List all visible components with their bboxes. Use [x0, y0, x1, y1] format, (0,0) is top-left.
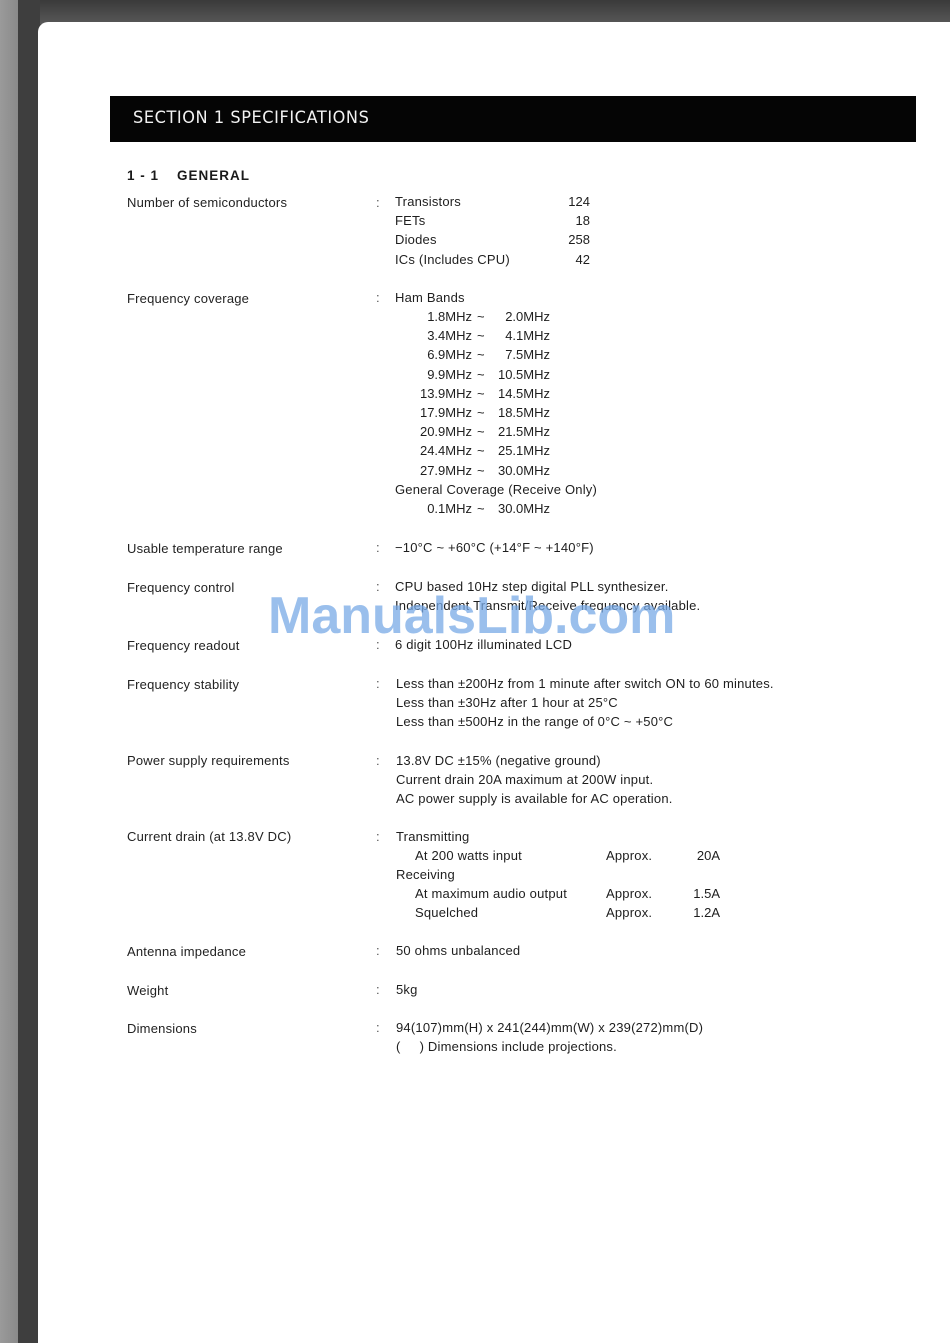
spec-label-frequency-readout: Frequency readout: [127, 638, 240, 653]
frequency-stability-line: Less than ±500Hz in the range of 0°C ~ +…: [396, 714, 673, 729]
subsection-number: 1 - 1: [127, 168, 159, 183]
dimensions-line: 94(107)mm(H) x 241(244)mm(W) x 239(272)m…: [396, 1020, 703, 1035]
colon: :: [376, 195, 380, 210]
receiving-heading: Receiving: [396, 867, 455, 882]
ham-band-to: 30.0MHz: [480, 463, 550, 478]
colon: :: [376, 579, 380, 594]
frequency-control-line: Independent Transmit/Receive frequency a…: [395, 598, 700, 613]
semiconductor-count: 258: [530, 232, 590, 247]
ham-band-to: 21.5MHz: [480, 424, 550, 439]
ham-band-from: 6.9MHz: [382, 347, 472, 362]
spec-label-frequency-coverage: Frequency coverage: [127, 291, 249, 306]
power-supply-line: AC power supply is available for AC oper…: [396, 791, 673, 806]
ham-band-to: 25.1MHz: [480, 443, 550, 458]
weight-value: 5kg: [396, 982, 418, 997]
current-approx: Approx.: [606, 886, 652, 901]
colon: :: [376, 540, 380, 555]
spec-label-frequency-control: Frequency control: [127, 580, 234, 595]
current-value: 1.2A: [660, 905, 720, 920]
general-coverage-from: 0.1MHz: [382, 501, 472, 516]
spec-label-dimensions: Dimensions: [127, 1021, 197, 1036]
colon: :: [376, 943, 380, 958]
ham-band-from: 3.4MHz: [382, 328, 472, 343]
current-condition: At 200 watts input: [415, 848, 522, 863]
semiconductor-name: Diodes: [395, 232, 437, 247]
spec-label-weight: Weight: [127, 983, 168, 998]
ham-band-from: 1.8MHz: [382, 309, 472, 324]
current-condition: At maximum audio output: [415, 886, 567, 901]
section-title: SECTION 1 SPECIFICATIONS: [133, 108, 369, 128]
frequency-stability-line: Less than ±30Hz after 1 hour at 25°C: [396, 695, 618, 710]
spec-label-current-drain: Current drain (at 13.8V DC): [127, 829, 291, 844]
semiconductor-name: ICs (Includes CPU): [395, 252, 510, 267]
transmitting-heading: Transmitting: [396, 829, 469, 844]
current-condition: Squelched: [415, 905, 478, 920]
ham-band-to: 7.5MHz: [480, 347, 550, 362]
ham-band-from: 20.9MHz: [382, 424, 472, 439]
current-approx: Approx.: [606, 905, 652, 920]
colon: :: [376, 637, 380, 652]
ham-band-to: 2.0MHz: [480, 309, 550, 324]
semiconductor-count: 42: [530, 252, 590, 267]
ham-band-from: 13.9MHz: [382, 386, 472, 401]
ham-band-from: 9.9MHz: [382, 367, 472, 382]
colon: :: [376, 1020, 380, 1035]
semiconductor-name: Transistors: [395, 194, 461, 209]
colon: :: [376, 982, 380, 997]
frequency-stability-line: Less than ±200Hz from 1 minute after swi…: [396, 676, 774, 691]
temperature-value: −10°C ~ +60°C (+14°F ~ +140°F): [395, 540, 594, 555]
ham-band-to: 18.5MHz: [480, 405, 550, 420]
colon: :: [376, 753, 380, 768]
ham-band-to: 4.1MHz: [480, 328, 550, 343]
scan-left-edge: [0, 0, 18, 1343]
power-supply-line: Current drain 20A maximum at 200W input.: [396, 772, 653, 787]
scan-binding-shadow: [18, 0, 40, 1343]
spec-label-frequency-stability: Frequency stability: [127, 677, 239, 692]
ham-band-to: 10.5MHz: [480, 367, 550, 382]
semiconductor-name: FETs: [395, 213, 425, 228]
subsection-title: GENERAL: [177, 168, 250, 183]
power-supply-line: 13.8V DC ±15% (negative ground): [396, 753, 601, 768]
ham-band-from: 17.9MHz: [382, 405, 472, 420]
spec-label-antenna-impedance: Antenna impedance: [127, 944, 246, 959]
spec-label-power-supply: Power supply requirements: [127, 753, 290, 768]
frequency-control-line: CPU based 10Hz step digital PLL synthesi…: [395, 579, 669, 594]
ham-band-from: 24.4MHz: [382, 443, 472, 458]
semiconductor-count: 124: [530, 194, 590, 209]
spec-label-temperature: Usable temperature range: [127, 541, 283, 556]
spec-label-semiconductors: Number of semiconductors: [127, 195, 287, 210]
dimensions-line: ( ) Dimensions include projections.: [396, 1039, 617, 1054]
current-approx: Approx.: [606, 848, 652, 863]
general-coverage-to: 30.0MHz: [480, 501, 550, 516]
antenna-impedance-value: 50 ohms unbalanced: [396, 943, 520, 958]
colon: :: [376, 676, 380, 691]
colon: :: [376, 829, 380, 844]
ham-bands-heading: Ham Bands: [395, 290, 465, 305]
subsection-heading: 1 - 1GENERAL: [127, 168, 250, 183]
colon: :: [376, 290, 380, 305]
current-value: 1.5A: [660, 886, 720, 901]
scan-top-edge: [0, 0, 950, 24]
semiconductor-count: 18: [530, 213, 590, 228]
ham-band-from: 27.9MHz: [382, 463, 472, 478]
current-value: 20A: [660, 848, 720, 863]
ham-band-to: 14.5MHz: [480, 386, 550, 401]
frequency-readout-value: 6 digit 100Hz illuminated LCD: [395, 637, 572, 652]
general-coverage-heading: General Coverage (Receive Only): [395, 482, 597, 497]
